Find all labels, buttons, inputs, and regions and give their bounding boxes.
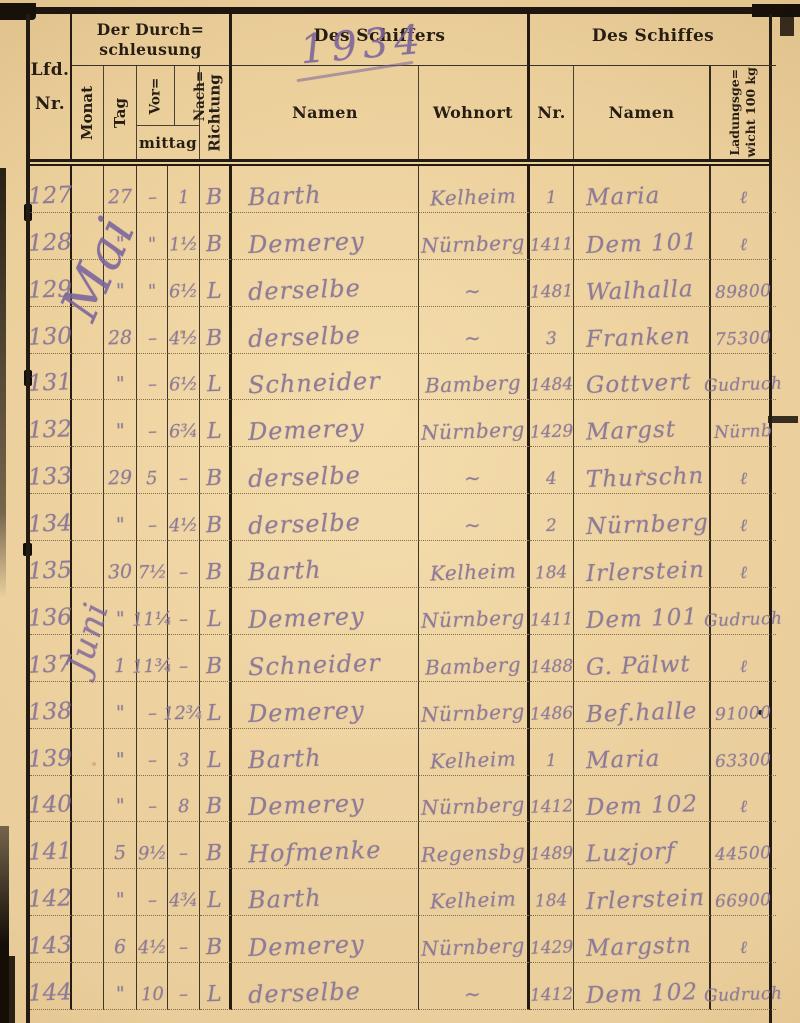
cell-schiff-nr: 184 [530,869,574,916]
cell-wohnort: Bamberg [419,635,530,682]
scanned-ledger-page: Lfd. Nr. Der Durch= schleusung Monat Tag… [0,0,800,1023]
header-col-tag: Tag [104,66,137,159]
cell-schiff-name: Dem 102 [574,776,711,823]
top-border-line [0,7,800,14]
cell-ladungsgewicht: 91000 [711,682,776,729]
cell-nachmittag: 4½ [168,307,200,354]
cell-tag: 6 [104,916,137,963]
header-col-mittag: mittag [137,125,199,159]
cell-richtung: B [200,916,232,963]
group3-title: Des Schiffes [592,26,714,46]
header-col-schiff-namen: Namen [574,66,711,159]
cell-lfd-nr: 143 [30,916,72,963]
cell-monat [72,729,104,776]
cell-richtung: L [200,682,232,729]
cell-schiff-name: Maria [574,166,711,213]
cell-schiff-nr: 184 [530,541,574,588]
cell-tag: " [104,729,137,776]
cell-vormittag: 11¾ [137,635,168,682]
cell-schiff-name: Nürnberg [574,494,711,541]
cell-nachmittag: – [168,635,200,682]
cell-wohnort: ~ [419,447,530,494]
cell-schiffer-name: Demerey [232,213,419,260]
cell-schiffer-name: derselbe [232,307,419,354]
header-col-richtung: Richtung [200,66,232,159]
header-lfd-nr: Lfd. Nr. [30,14,72,159]
cell-schiff-name: Franken [574,307,711,354]
cell-schiff-name: Maria [574,729,711,776]
cell-wohnort: ~ [419,260,530,307]
scan-edge-bottom-left [0,956,15,1023]
cell-tag: " [104,682,137,729]
cell-schiff-nr: 1 [530,729,574,776]
cell-nachmittag: 8 [168,776,200,823]
cell-lfd-nr: 139 [30,729,72,776]
cell-schiff-name: Bef.halle [574,682,711,729]
cell-nachmittag: – [168,963,200,1010]
cell-schiff-name: Dem 101 [574,213,711,260]
cell-vormittag: – [137,400,168,447]
cell-vormittag: 7½ [137,541,168,588]
cell-vormittag: – [137,869,168,916]
cell-nachmittag: – [168,541,200,588]
table-row: 136"11¼–LDemereyNürnberg1411Dem 101Gudru… [30,588,769,635]
cell-vormittag: – [137,166,168,213]
cell-ladungsgewicht: ℓ [711,635,776,682]
cell-nachmittag: 6¾ [168,400,200,447]
table-row: 129""6½Lderselbe~1481Walhalla89800 [30,260,769,307]
cell-wohnort: Nürnberg [419,776,530,823]
cell-schiff-name: Gottvert [574,354,711,401]
table-row: 134"–4½Bderselbe~2Nürnbergℓ [30,494,769,541]
cell-wohnort: Nürnberg [419,213,530,260]
cell-ladungsgewicht: Nürnb [711,400,776,447]
cell-wohnort: Nürnberg [419,588,530,635]
cell-schiffer-name: Demerey [232,588,419,635]
cell-richtung: L [200,400,232,447]
group1-title-line2: schleusung [99,40,202,59]
cell-nachmittag: 12¾ [168,682,200,729]
cell-tag: " [104,963,137,1010]
cell-schiff-nr: 1412 [530,963,574,1010]
cell-wohnort: Bamberg [419,354,530,401]
cell-tag: 29 [104,447,137,494]
cell-ladungsgewicht: ℓ [711,494,776,541]
cell-schiff-name: Dem 101 [574,588,711,635]
table-row: 14159½–BHofmenkeRegensbg1489Luzjorf44500 [30,822,769,869]
table-row: 137111¾–BSchneiderBamberg1488G. Pälwtℓ [30,635,769,682]
cell-ladungsgewicht: 44500 [711,822,776,869]
cell-ladungsgewicht: ℓ [711,166,776,213]
table-row: 132"–6¾LDemereyNürnberg1429MargstNürnb [30,400,769,447]
cell-schiff-nr: 3 [530,307,574,354]
cell-lfd-nr: 142 [30,869,72,916]
cell-ladungsgewicht: 89800 [711,260,776,307]
cell-lfd-nr: 144 [30,963,72,1010]
cell-nachmittag: 1 [168,166,200,213]
cell-schiffer-name: derselbe [232,494,419,541]
cell-nachmittag: 4¾ [168,869,200,916]
cell-schiffer-name: Demerey [232,916,419,963]
cell-richtung: B [200,447,232,494]
cell-schiff-name: Irlerstein [574,869,711,916]
cell-ladungsgewicht: ℓ [711,213,776,260]
cell-tag: " [104,400,137,447]
cell-schiffer-name: Barth [232,869,419,916]
cell-richtung: B [200,635,232,682]
cell-schiff-name: Thurschn [574,447,711,494]
cell-vormittag: – [137,354,168,401]
cell-ladungsgewicht: ℓ [711,541,776,588]
cell-monat [72,354,104,401]
cell-vormittag: 5 [137,447,168,494]
cell-schiff-name: Margst [574,400,711,447]
cell-ladungsgewicht: ℓ [711,916,776,963]
scan-edge-top-right-hook [780,10,794,36]
cell-schiffer-name: Schneider [232,354,419,401]
cell-tag: " [104,354,137,401]
cell-schiff-name: Luzjorf [574,822,711,869]
cell-monat [72,963,104,1010]
cell-monat [72,916,104,963]
cell-wohnort: Kelheim [419,869,530,916]
table-row: 12727–1BBarthKelheim1Mariaℓ [30,166,769,213]
cell-tag: " [104,494,137,541]
cell-nachmittag: – [168,447,200,494]
cell-schiff-nr: 1486 [530,682,574,729]
table-row: 13028–4½Bderselbe~3Franken75300 [30,307,769,354]
ladung-label-line1: Ladungsge= [727,67,743,157]
cell-vormittag: – [137,776,168,823]
group1-title-line1: Der Durch= [97,20,204,39]
cell-schiff-nr: 1481 [530,260,574,307]
cell-nachmittag: – [168,916,200,963]
cell-schiffer-name: Schneider [232,635,419,682]
header-lfd-line1: Lfd. [31,60,70,80]
cell-nachmittag: – [168,822,200,869]
scan-edge-left-upper [0,168,6,598]
header-col-wohnort: Wohnort [419,66,530,159]
cell-schiff-name: Walhalla [574,260,711,307]
cell-richtung: L [200,588,232,635]
cell-monat [72,776,104,823]
cell-schiff-nr: 1429 [530,916,574,963]
cell-schiffer-name: Demerey [232,682,419,729]
cell-wohnort: Kelheim [419,166,530,213]
cell-schiffer-name: Barth [232,729,419,776]
cell-richtung: L [200,963,232,1010]
cell-richtung: L [200,354,232,401]
cell-monat [72,447,104,494]
cell-ladungsgewicht: 75300 [711,307,776,354]
cell-ladungsgewicht: 63300 [711,729,776,776]
cell-vormittag: 11¼ [137,588,168,635]
header-group-durchschleusung: Der Durch= schleusung [72,14,232,66]
cell-lfd-nr: 128 [30,213,72,260]
cell-richtung: L [200,260,232,307]
cell-vormittag: – [137,494,168,541]
cell-schiffer-name: derselbe [232,260,419,307]
table-row: 139"–3LBarthKelheim1Maria63300 [30,729,769,776]
cell-vormittag: 4½ [137,916,168,963]
header-col-schiffer-namen: Namen [232,66,419,159]
cell-lfd-nr: 127 [30,166,72,213]
cell-schiffer-name: Barth [232,541,419,588]
header-lfd-line2: Nr. [35,94,65,114]
table-row: 133295–Bderselbe~4Thurschnℓ [30,447,769,494]
cell-lfd-nr: 141 [30,822,72,869]
cell-ladungsgewicht: Gudruch [711,963,776,1010]
ladung-label-line2: wicht 100 kg [744,67,760,157]
cell-vormittag: 10 [137,963,168,1010]
register-table: Lfd. Nr. Der Durch= schleusung Monat Tag… [26,14,772,1023]
cell-monat [72,822,104,869]
cell-wohnort: Kelheim [419,541,530,588]
cell-nachmittag: – [168,588,200,635]
table-body: 12727–1BBarthKelheim1Mariaℓ128""1½BDemer… [30,166,769,1010]
cell-wohnort: Kelheim [419,729,530,776]
cell-schiffer-name: derselbe [232,963,419,1010]
header-col-schiff-nr: Nr. [530,66,574,159]
table-row: 135307½–BBarthKelheim184Irlersteinℓ [30,541,769,588]
cell-schiffer-name: Barth [232,166,419,213]
cell-ladungsgewicht: ℓ [711,776,776,823]
header-col-vor-nachmittag: Vor= Nach= mittag [137,66,200,159]
cell-schiff-nr: 1411 [530,588,574,635]
cell-schiff-name: Irlerstein [574,541,711,588]
cell-monat [72,400,104,447]
cell-schiff-name: Dem 102 [574,963,711,1010]
cell-wohnort: ~ [419,963,530,1010]
cell-schiff-nr: 1 [530,166,574,213]
table-row: 140"–8BDemereyNürnberg1412Dem 102ℓ [30,776,769,823]
cell-wohnort: ~ [419,307,530,354]
cell-richtung: B [200,822,232,869]
cell-schiff-nr: 4 [530,447,574,494]
cell-schiffer-name: derselbe [232,447,419,494]
cell-lfd-nr: 135 [30,541,72,588]
cell-tag: 5 [104,822,137,869]
cell-ladungsgewicht: 66900 [711,869,776,916]
cell-schiff-nr: 1411 [530,213,574,260]
cell-vormittag: " [137,260,168,307]
table-row: 142"–4¾LBarthKelheim184Irlerstein66900 [30,869,769,916]
cell-vormittag: – [137,729,168,776]
cell-richtung: B [200,494,232,541]
cell-schiff-nr: 1412 [530,776,574,823]
cell-ladungsgewicht: Gudruch [711,354,776,401]
cell-richtung: B [200,213,232,260]
cell-tag: " [104,776,137,823]
cell-richtung: L [200,729,232,776]
cell-richtung: B [200,776,232,823]
cell-nachmittag: 4½ [168,494,200,541]
cell-schiff-name: G. Pälwt [574,635,711,682]
cell-schiffer-name: Hofmenke [232,822,419,869]
table-row: 144"10–Lderselbe~1412Dem 102Gudruch [30,963,769,1010]
cell-schiff-nr: 2 [530,494,574,541]
cell-schiffer-name: Demerey [232,400,419,447]
cell-wohnort: ~ [419,494,530,541]
cell-schiff-nr: 1488 [530,635,574,682]
cell-schiff-nr: 1484 [530,354,574,401]
cell-wohnort: Nürnberg [419,682,530,729]
cell-schiff-nr: 1429 [530,400,574,447]
cell-nachmittag: 6½ [168,354,200,401]
cell-wohnort: Nürnberg [419,916,530,963]
cell-vormittag: – [137,307,168,354]
cell-wohnort: Regensbg [419,822,530,869]
cell-richtung: B [200,166,232,213]
cell-lfd-nr: 136 [30,588,72,635]
cell-lfd-nr: 131 [30,354,72,401]
cell-richtung: L [200,869,232,916]
table-row: 131"–6½LSchneiderBamberg1484GottvertGudr… [30,354,769,401]
table-row: 14364½–BDemereyNürnberg1429Margstnℓ [30,916,769,963]
header-col-ladungsgewicht: Ladungsge= wicht 100 kg [711,66,776,159]
cell-tag: " [104,869,137,916]
cell-wohnort: Nürnberg [419,400,530,447]
cell-vormittag: 9½ [137,822,168,869]
cell-monat [72,494,104,541]
header-col-vor: Vor= [137,66,175,125]
cell-lfd-nr: 133 [30,447,72,494]
cell-lfd-nr: 134 [30,494,72,541]
cell-schiffer-name: Demerey [232,776,419,823]
cell-monat [72,869,104,916]
cell-richtung: B [200,541,232,588]
header-col-monat: Monat [72,66,104,159]
cell-schiff-name: Margstn [574,916,711,963]
table-row: 138"–12¾LDemereyNürnberg1486Bef.halle910… [30,682,769,729]
cell-ladungsgewicht: Gudruch [711,588,776,635]
cell-lfd-nr: 140 [30,776,72,823]
cell-ladungsgewicht: ℓ [711,447,776,494]
cell-nachmittag: 1½ [168,213,200,260]
cell-richtung: B [200,307,232,354]
cell-nachmittag: 3 [168,729,200,776]
header-group-schiffes: Des Schiffes [530,14,776,66]
cell-schiff-nr: 1489 [530,822,574,869]
cell-lfd-nr: 132 [30,400,72,447]
cell-nachmittag: 6½ [168,260,200,307]
